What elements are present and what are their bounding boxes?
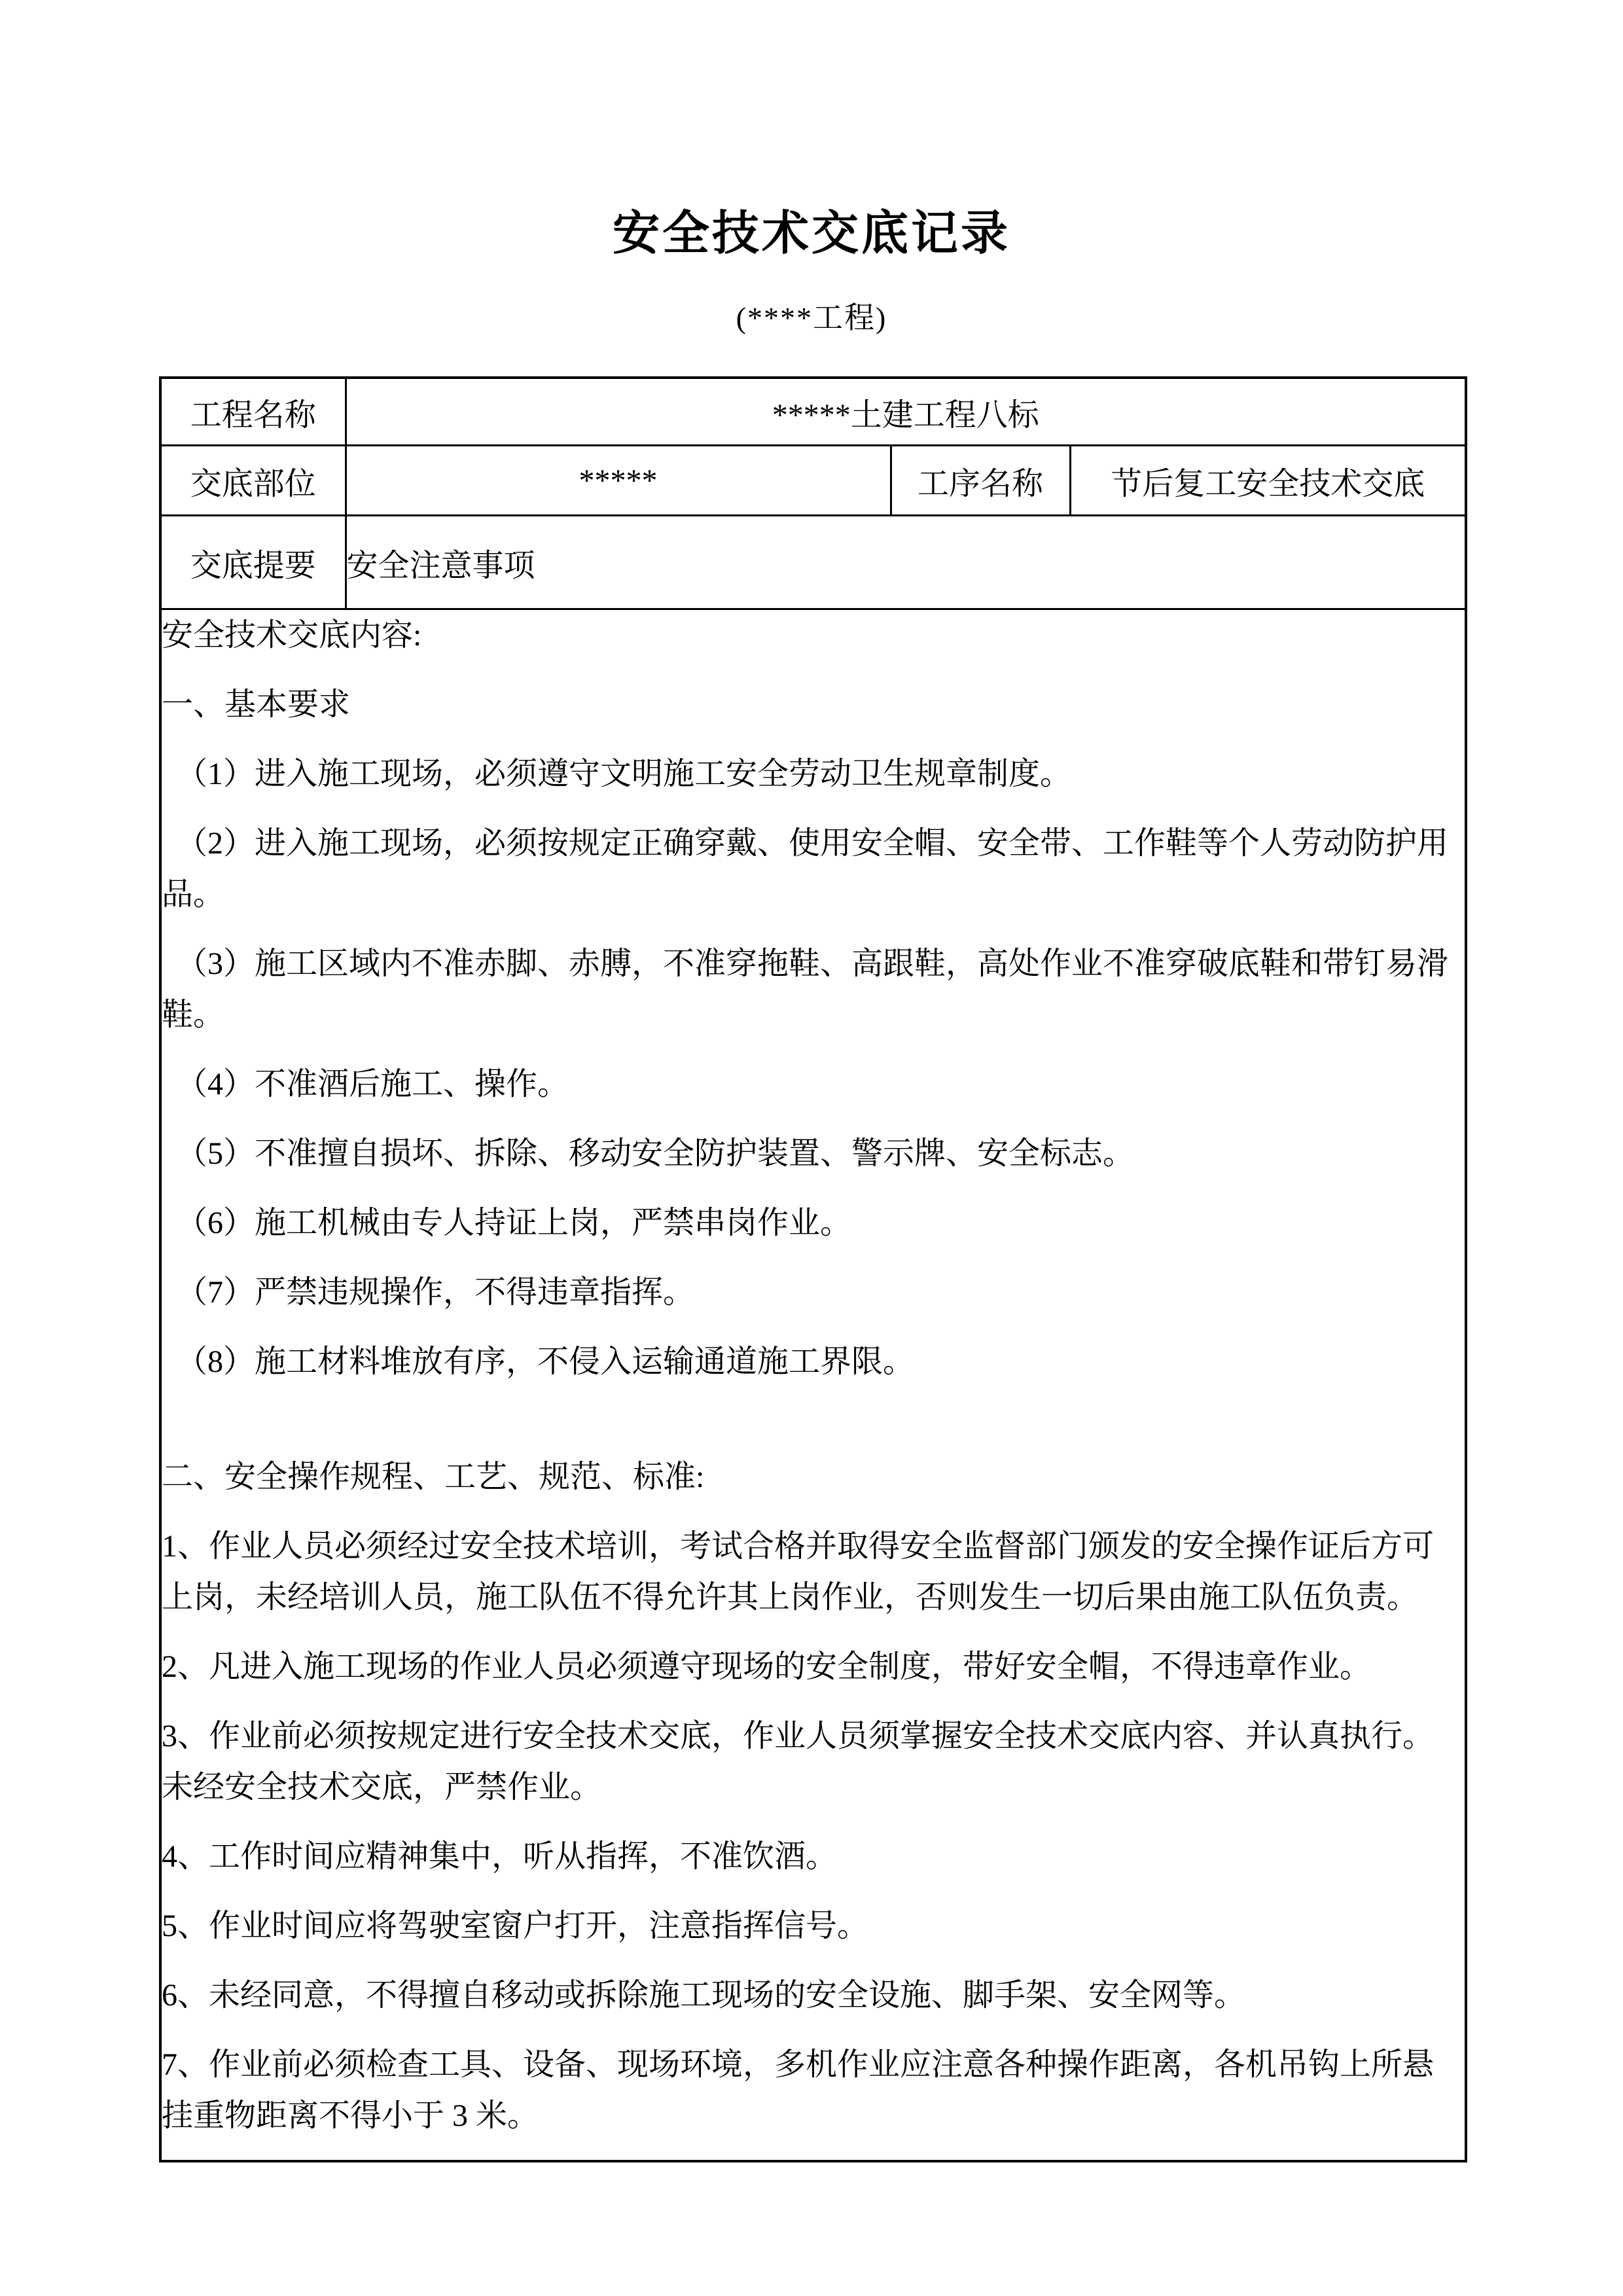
- content-paragraphs: 一、基本要求（1）进入施工现场，必须遵守文明施工安全劳动卫生规章制度。（2）进入…: [162, 679, 1465, 2142]
- rule-item-1-4: （4）不准酒后施工、操作。: [162, 1059, 1465, 1110]
- content-intro: 安全技术交底内容:: [162, 610, 1465, 661]
- rule-item-2-5: 5、作业时间应将驾驶室窗户打开，注意指挥信号。: [162, 1901, 1465, 1952]
- content-cell: 安全技术交底内容: 一、基本要求（1）进入施工现场，必须遵守文明施工安全劳动卫生…: [160, 609, 1466, 2162]
- table-row-content: 安全技术交底内容: 一、基本要求（1）进入施工现场，必须遵守文明施工安全劳动卫生…: [160, 609, 1466, 2162]
- summary-value: 安全注意事项: [346, 516, 1466, 609]
- rule-item-1-2: （2）进入施工现场，必须按规定正确穿戴、使用安全帽、安全带、工作鞋等个人劳动防护…: [162, 818, 1465, 920]
- table-row-project-name: 工程名称 *****土建工程八标: [160, 378, 1466, 446]
- table-row-disclosure-part: 交底部位 ***** 工序名称 节后复工安全技术交底: [160, 446, 1466, 516]
- rule-item-2-3: 3、作业前必须按规定进行安全技术交底，作业人员须掌握安全技术交底内容、并认真执行…: [162, 1711, 1465, 1813]
- disclosure-part-value: *****: [346, 446, 891, 516]
- rule-item-2-1: 1、作业人员必须经过安全技术培训，考试合格并取得安全监督部门颁发的安全操作证后方…: [162, 1521, 1465, 1623]
- rule-item-1-6: （6）施工机械由专人持证上岗，严禁串岗作业。: [162, 1198, 1465, 1249]
- content-body: 安全技术交底内容: 一、基本要求（1）进入施工现场，必须遵守文明施工安全劳动卫生…: [162, 610, 1465, 2142]
- project-name-value: *****土建工程八标: [346, 378, 1466, 446]
- rule-item-1-1: （1）进入施工现场，必须遵守文明施工安全劳动卫生规章制度。: [162, 749, 1465, 800]
- rule-item-1-3: （3）施工区域内不准赤脚、赤膊，不准穿拖鞋、高跟鞋，高处作业不准穿破底鞋和带钉易…: [162, 939, 1465, 1041]
- header-table: 工程名称 *****土建工程八标 交底部位 ***** 工序名称 节后复工安全技…: [159, 376, 1467, 2162]
- rule-item-2-4: 4、工作时间应精神集中，听从指挥，不准饮酒。: [162, 1831, 1465, 1882]
- rule-item-2-6: 6、未经同意，不得擅自移动或拆除施工现场的安全设施、脚手架、安全网等。: [162, 1970, 1465, 2021]
- rule-item-2-2: 2、凡进入施工现场的作业人员必须遵守现场的安全制度，带好安全帽，不得违章作业。: [162, 1641, 1465, 1693]
- process-name-label: 工序名称: [891, 446, 1070, 516]
- rule-item-1-7: （7）严禁违规操作，不得违章指挥。: [162, 1267, 1465, 1318]
- document-subtitle: (****工程): [0, 294, 1623, 337]
- project-name-label: 工程名称: [160, 378, 346, 446]
- disclosure-part-label: 交底部位: [160, 446, 346, 516]
- document-page: 安全技术交底记录 (****工程) 工程名称 *****土建工程八标 交底部位 …: [0, 0, 1623, 2296]
- table-row-summary: 交底提要 安全注意事项: [160, 516, 1466, 609]
- rule-item-1-5: （5）不准擅自损坏、拆除、移动安全防护装置、警示牌、安全标志。: [162, 1128, 1465, 1179]
- process-name-value: 节后复工安全技术交底: [1070, 446, 1466, 516]
- summary-label: 交底提要: [160, 516, 346, 609]
- section-heading-2: 二、安全操作规程、工艺、规范、标准:: [162, 1452, 1465, 1503]
- section-heading-1: 一、基本要求: [162, 679, 1465, 730]
- document-title: 安全技术交底记录: [0, 0, 1623, 260]
- rule-item-2-7: 7、作业前必须检查工具、设备、现场环境，多机作业应注意各种操作距离，各机吊钩上所…: [162, 2039, 1465, 2142]
- rule-item-1-8: （8）施工材料堆放有序，不侵入运输通道施工界限。: [162, 1336, 1465, 1388]
